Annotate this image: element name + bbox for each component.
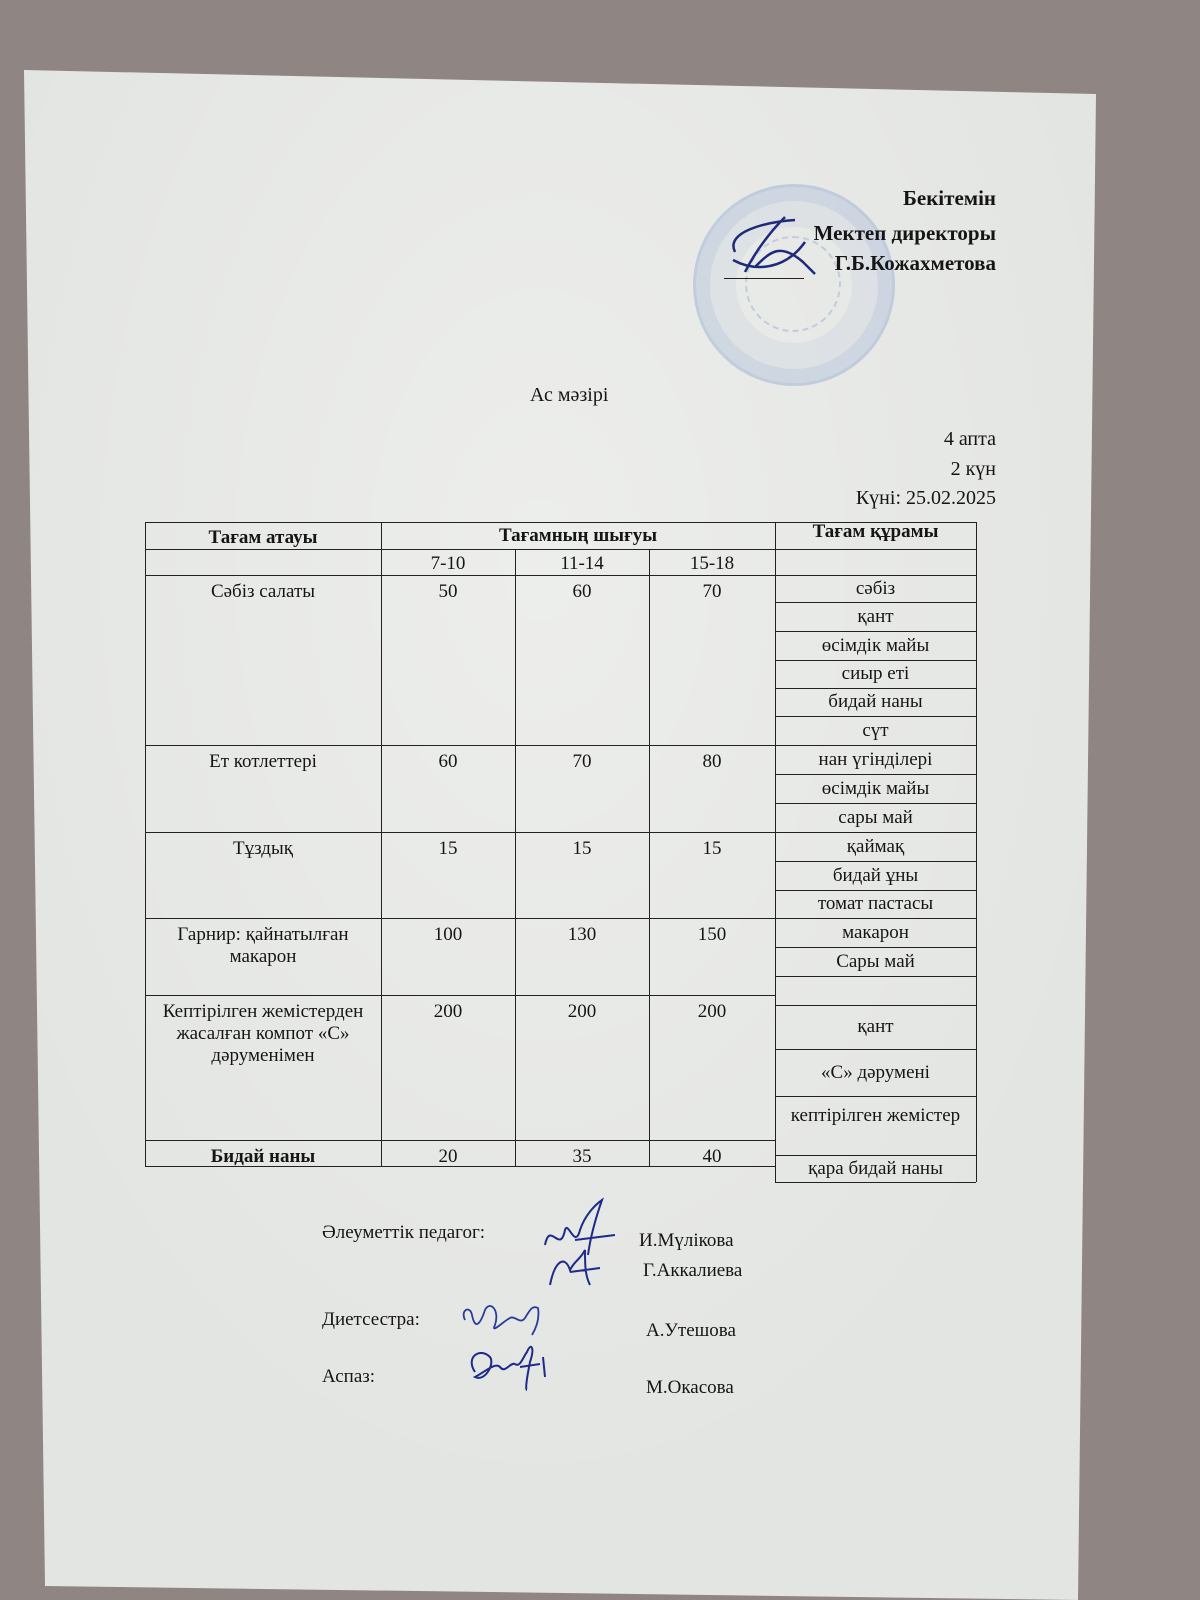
ingredient-row-divider	[775, 976, 976, 977]
ingredient-row-divider	[775, 1049, 976, 1050]
ingredient-row-divider	[775, 1096, 976, 1097]
dish-row-divider	[145, 832, 775, 833]
table-right-border	[976, 522, 977, 1182]
age-group-header: 15-18	[649, 553, 775, 575]
yield-value-cell: 15	[515, 838, 649, 860]
ingredient-cell: қара бидай наны	[781, 1158, 970, 1180]
yield-value-cell: 100	[381, 924, 515, 946]
ingredient-cell: қант	[781, 606, 970, 628]
ingredient-row-divider	[775, 1182, 976, 1183]
dish-name-cell: Тұздық	[153, 838, 373, 860]
ingredient-cell: қант	[781, 1016, 970, 1038]
yield-value-cell: 200	[649, 1001, 775, 1023]
social-pedagogue-name-2: Г.Аккалиева	[643, 1260, 742, 1282]
dish-name-cell: Кептірілген жемістерден жасалған компот …	[153, 1001, 373, 1067]
ingredient-cell: өсімдік майы	[781, 635, 970, 657]
ingredient-row-divider	[775, 832, 976, 833]
ingredient-cell: макарон	[781, 922, 970, 944]
ingredient-row-divider	[775, 1005, 976, 1006]
ingredient-row-divider	[775, 602, 976, 603]
yield-value-cell: 70	[649, 581, 775, 603]
yield-value-cell: 70	[515, 751, 649, 773]
ingredient-cell: кептірілген жемістер	[781, 1105, 970, 1127]
yield-value-cell: 35	[515, 1146, 649, 1168]
ingredient-cell: бидай наны	[781, 691, 970, 713]
ingredient-cell: қаймақ	[781, 836, 970, 858]
age-group-header: 7-10	[381, 553, 515, 575]
dish-name-cell: Ет котлеттері	[153, 751, 373, 773]
ingredient-row-divider	[775, 861, 976, 862]
ingredient-cell: сәбіз	[781, 578, 970, 600]
yield-value-cell: 15	[381, 838, 515, 860]
yield-value-cell: 15	[649, 838, 775, 860]
ingredient-row-divider	[775, 575, 976, 576]
dietitian-label: Диетсестра:	[322, 1309, 420, 1331]
dish-name-cell: Сәбіз салаты	[153, 581, 373, 603]
table-left-border	[145, 522, 146, 1166]
dish-row-divider	[145, 995, 775, 996]
ingredient-row-divider	[775, 774, 976, 775]
dish-row-divider	[145, 918, 775, 919]
yield-value-cell: 130	[515, 924, 649, 946]
ingredient-cell: бидай ұны	[781, 865, 970, 887]
ingredient-row-divider	[775, 631, 976, 632]
age-group-header: 11-14	[515, 553, 649, 575]
approval-heading: Бекітемін	[903, 186, 996, 211]
ingredient-cell: нан үгінділері	[781, 749, 970, 771]
yield-value-cell: 50	[381, 581, 515, 603]
ingredient-cell: өсімдік майы	[781, 778, 970, 800]
yield-value-cell: 80	[649, 751, 775, 773]
ingredient-row-divider	[775, 890, 976, 891]
yield-value-cell: 20	[381, 1146, 515, 1168]
day-label: 2 күн	[951, 458, 996, 481]
social-pedagogue-label: Әлеуметтік педагог:	[322, 1222, 485, 1244]
yield-value-cell: 60	[515, 581, 649, 603]
week-label: 4 апта	[944, 428, 996, 451]
yield-value-cell: 40	[649, 1146, 775, 1168]
header-yield: Тағамның шығуы	[381, 525, 775, 547]
ingredient-cell: сүт	[781, 720, 970, 742]
cook-label: Аспаз:	[322, 1366, 375, 1388]
yield-value-cell: 200	[381, 1001, 515, 1023]
ingredient-cell: «С» дәрумені	[781, 1062, 970, 1084]
column-divider	[775, 522, 776, 1182]
paper-lighting	[0, 0, 1200, 1600]
ingredient-cell: сиыр еті	[781, 663, 970, 685]
document-title: Ас мәзірі	[530, 384, 608, 407]
cook-name: М.Окасова	[646, 1377, 734, 1399]
dish-row-divider	[145, 1140, 775, 1141]
ingredient-cell: Сары май	[781, 951, 970, 973]
yield-value-cell: 150	[649, 924, 775, 946]
social-pedagogue-signature-icon	[540, 1200, 620, 1290]
ingredient-row-divider	[775, 947, 976, 948]
dietitian-name: А.Утешова	[646, 1320, 736, 1342]
social-pedagogue-name-1: И.Мүлікова	[639, 1230, 734, 1252]
ingredient-cell: томат пастасы	[781, 893, 970, 915]
ingredient-row-divider	[775, 1155, 976, 1156]
director-signature-icon	[725, 212, 815, 282]
dietitian-signature-icon	[460, 1300, 550, 1340]
ingredient-row-divider	[775, 660, 976, 661]
subheader-divider	[145, 575, 775, 576]
date-label: Күні: 25.02.2025	[856, 487, 996, 510]
dish-row-divider	[145, 745, 775, 746]
director-signature-line	[724, 278, 804, 279]
header-divider	[145, 549, 976, 550]
approval-director-name: Г.Б.Кожахметова	[835, 251, 996, 276]
yield-value-cell: 200	[515, 1001, 649, 1023]
dish-name-cell: Гарнир: қайнатылған макарон	[153, 924, 373, 968]
yield-value-cell: 60	[381, 751, 515, 773]
ingredient-row-divider	[775, 803, 976, 804]
cook-signature-icon	[465, 1342, 555, 1392]
ingredient-row-divider	[775, 716, 976, 717]
header-dish-name: Тағам атауы	[145, 527, 381, 549]
ingredient-row-divider	[775, 918, 976, 919]
dish-name-cell: Бидай наны	[153, 1146, 373, 1168]
header-composition: Тағам құрамы	[775, 521, 976, 543]
ingredient-row-divider	[775, 745, 976, 746]
ingredient-cell: сары май	[781, 807, 970, 829]
approval-position: Мектеп директоры	[814, 221, 996, 246]
ingredient-row-divider	[775, 688, 976, 689]
